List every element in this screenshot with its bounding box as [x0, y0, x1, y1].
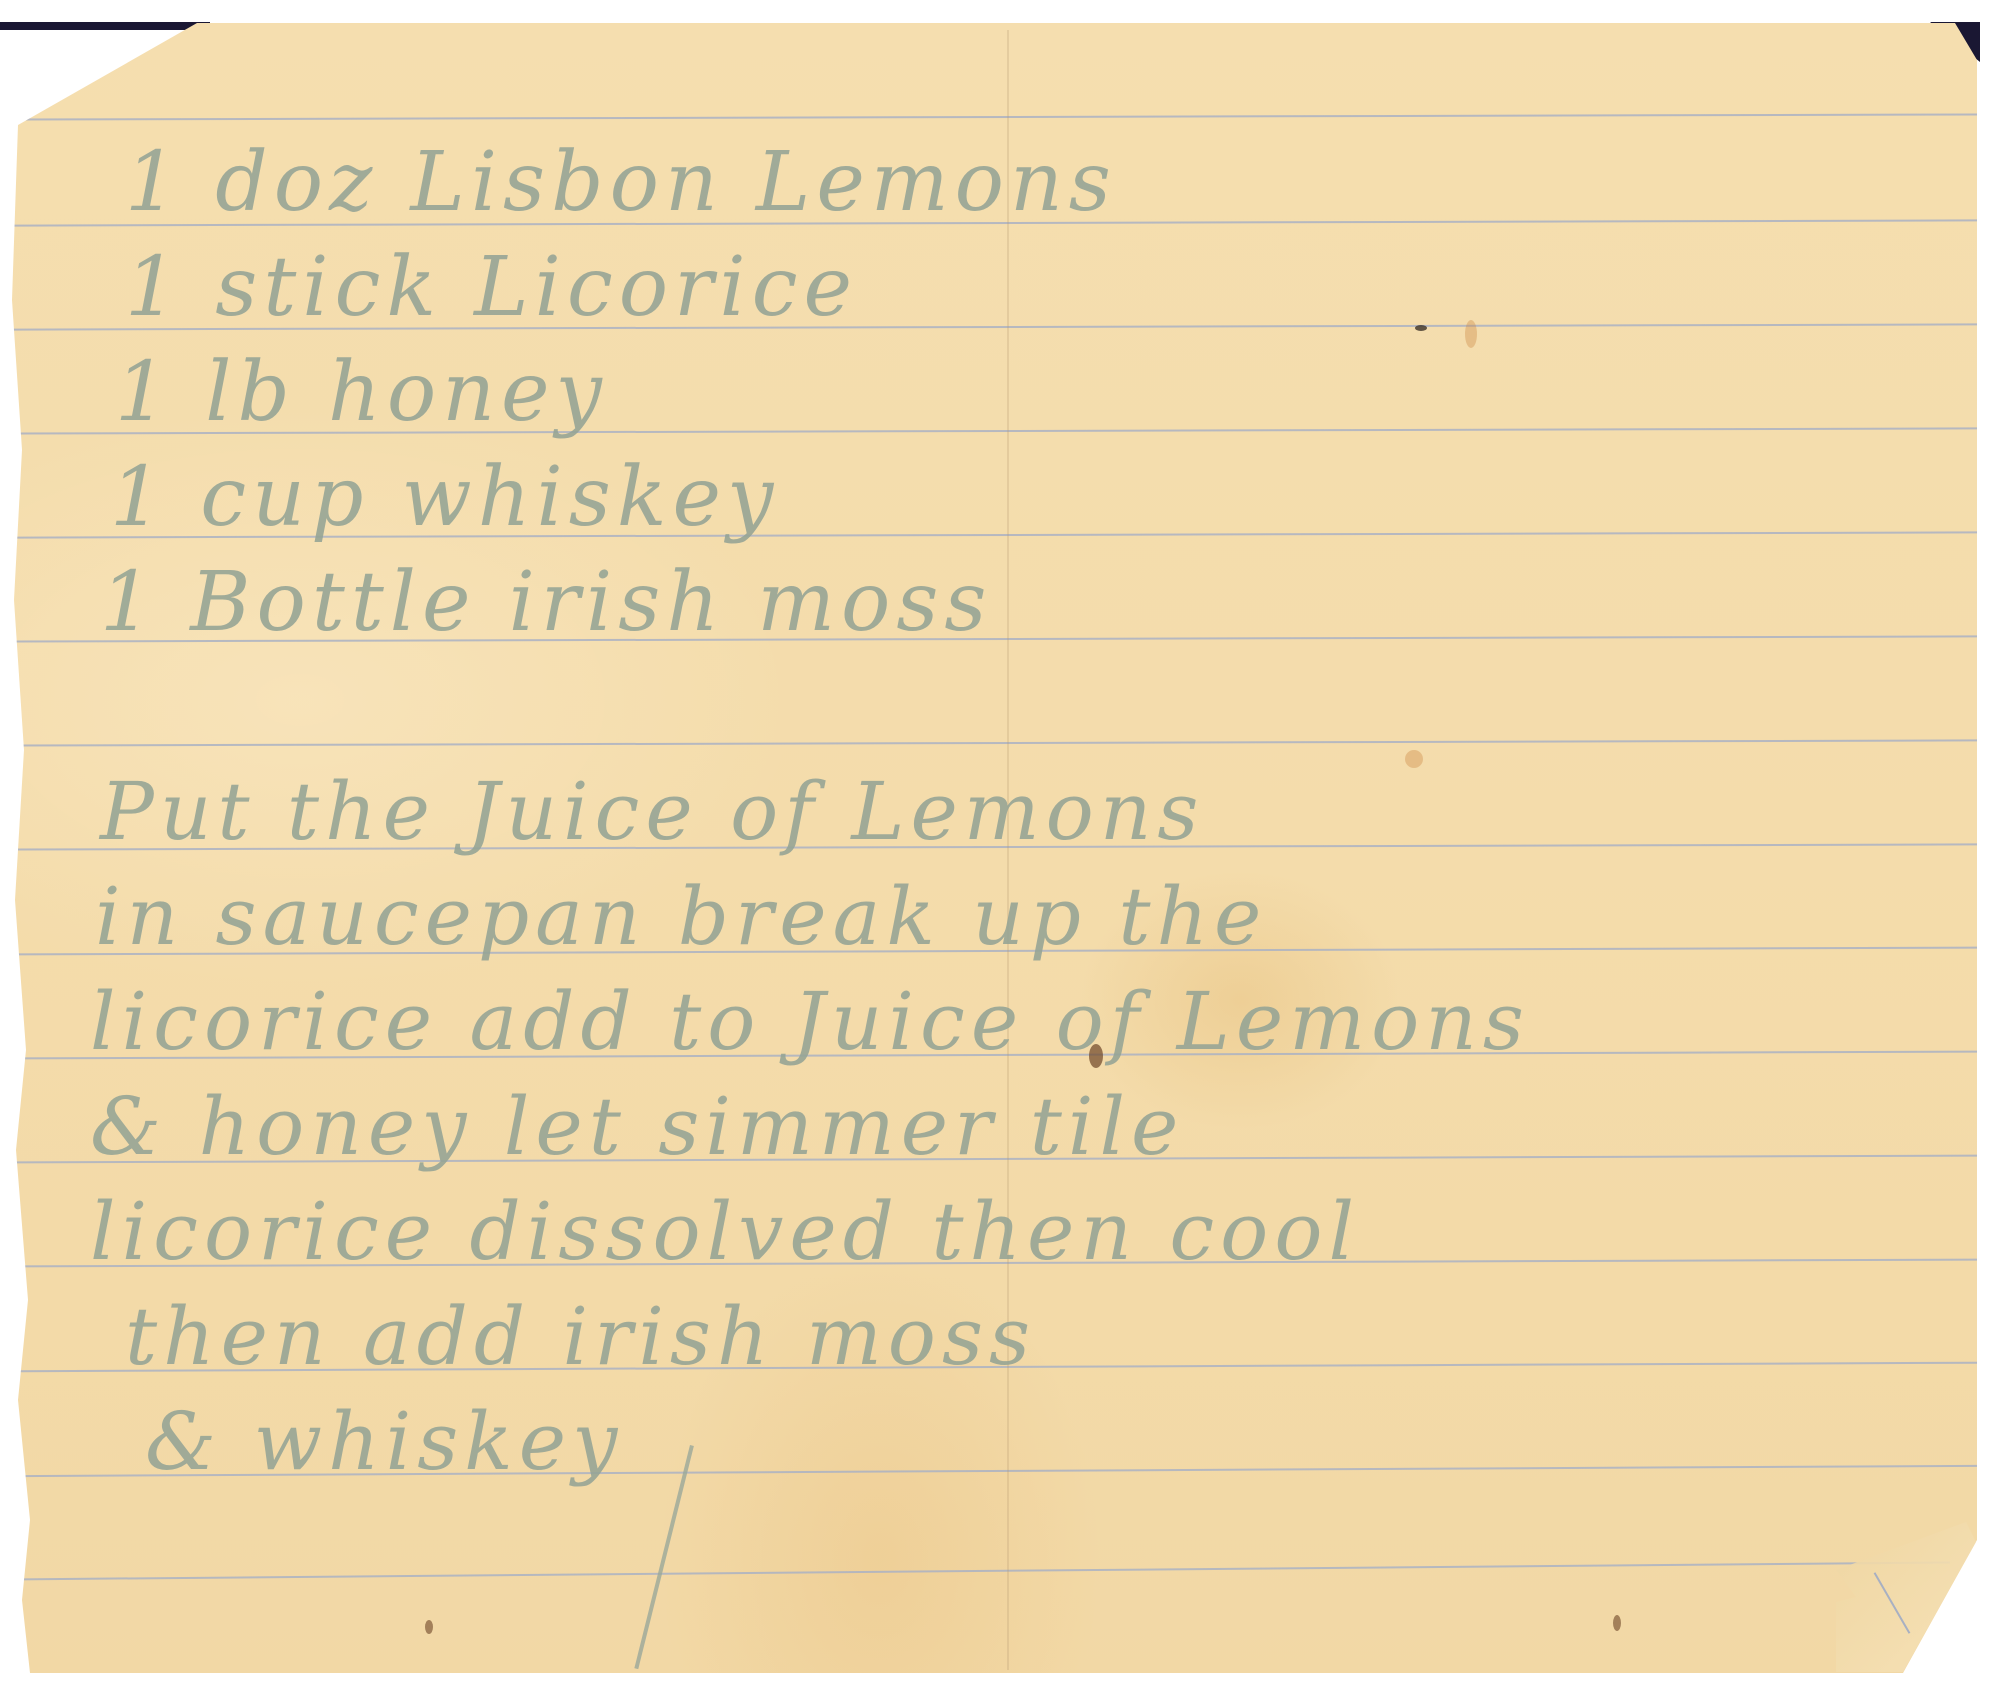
instruction-line: licorice add to Juice of Lemons: [90, 975, 1530, 1068]
ingredient-line: 1 cup whiskey: [110, 450, 779, 545]
ingredient-line: 1 doz Lisbon Lemons: [125, 135, 1117, 230]
ruled-line: [10, 739, 1977, 746]
instruction-line: licorice dissolved then cool: [90, 1185, 1360, 1278]
stain-spot: [1415, 325, 1427, 331]
scanner-edge-bar-left: [0, 22, 210, 30]
stain-spot: [1405, 750, 1423, 768]
instruction-line: & whiskey: [145, 1395, 623, 1488]
ruled-line: [20, 113, 1977, 120]
instruction-line: Put the Juice of Lemons: [100, 765, 1204, 858]
ruled-line: [10, 1562, 1950, 1581]
ingredient-line: 1 Bottle irish moss: [100, 555, 992, 650]
ingredient-line: 1 stick Licorice: [125, 240, 858, 335]
stain-spot: [1613, 1615, 1621, 1631]
stain-spot: [425, 1620, 433, 1634]
ingredient-line: 1 lb honey: [115, 345, 608, 440]
instruction-line: then add irish moss: [125, 1290, 1036, 1383]
pencil-descender-stroke: [634, 1445, 694, 1669]
instruction-line: & honey let simmer tile: [90, 1080, 1184, 1173]
instruction-line: in saucepan break up the: [95, 870, 1267, 963]
stain-spot: [1465, 320, 1477, 348]
recipe-paper: 1 doz Lisbon Lemons 1 stick Licorice 1 l…: [0, 0, 2000, 1697]
